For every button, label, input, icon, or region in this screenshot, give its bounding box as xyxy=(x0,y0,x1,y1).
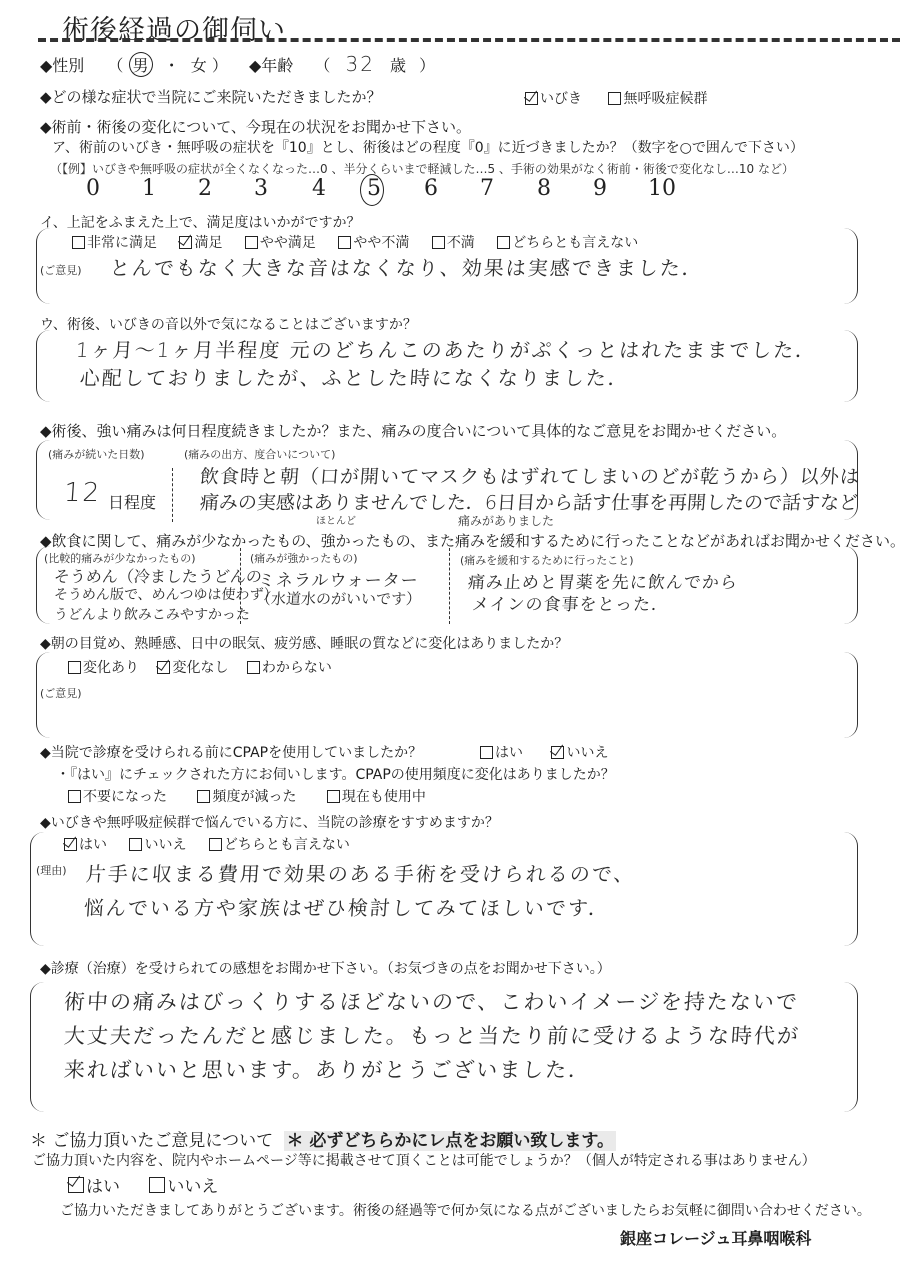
symptom-option-apnea[interactable]: 無呼吸症候群 xyxy=(608,88,707,108)
satisfaction-option-somewhat-dissatisfied[interactable]: やや不満 xyxy=(338,232,409,252)
consent-heading-1: ＊ ご協力頂いたご意見について xyxy=(30,1131,273,1151)
consent-heading: ＊ ご協力頂いたご意見について ＊ 必ずどちらかにレ点をお願い致します。 xyxy=(30,1126,616,1151)
other-concerns-answer-line-1[interactable]: 1ヶ月～1ヶ月半程度 元のどちんこのあたりがぷくっとはれたままでした． xyxy=(75,334,818,363)
sleep-opinion-label: (ご意見) xyxy=(40,685,82,701)
checkbox-icon[interactable] xyxy=(209,838,222,851)
checkbox-icon[interactable] xyxy=(72,236,85,249)
food-more-pain-line-2[interactable]: （水道水のがいいです） xyxy=(255,588,421,609)
recommend-question: ◆いびきや無呼吸症候群で悩んでいる方に、当院の診療をすすめますか？ xyxy=(40,812,499,832)
satisfaction-option-somewhat-satisfied[interactable]: やや満足 xyxy=(245,232,316,252)
recommend-options: はい いいえ どちらとも言えない xyxy=(64,834,372,855)
consent-option-yes[interactable]: はい xyxy=(68,1172,120,1197)
cpap-question: ◆当院で診療を受けられる前にCPAPを使用していましたか？ xyxy=(40,742,422,762)
selection-circle-icon xyxy=(360,174,384,206)
impressions-line-2[interactable]: 大丈夫だったんだと感じました。もっと当たり前に受けるような時代が xyxy=(63,1020,801,1050)
food-less-pain-line-3[interactable]: うどんより飲みこみやすかった xyxy=(53,604,250,624)
scale-4[interactable]: 4 xyxy=(312,176,326,201)
cpap-followup-option-reduced[interactable]: 頻度が減った xyxy=(197,786,296,806)
other-concerns-answer-line-2[interactable]: 心配しておりましたが、ふとした時になくなりました． xyxy=(79,362,631,391)
pain-days-unit: 日程度 xyxy=(108,490,156,513)
scale-6[interactable]: 6 xyxy=(424,176,438,201)
checkbox-icon[interactable] xyxy=(68,790,81,803)
cpap-options: はい いいえ xyxy=(480,742,630,763)
satisfaction-opinion-label: (ご意見) xyxy=(40,262,82,278)
checkbox-checked-icon[interactable] xyxy=(68,1177,84,1193)
checkbox-checked-icon[interactable] xyxy=(551,746,564,759)
symptoms-options: いびき 無呼吸症候群 xyxy=(525,88,729,109)
pain-detail-line-2[interactable]: 痛みの実感はありませんでした．6日目から話す仕事を再開したので話すなど xyxy=(199,488,859,515)
scale-0[interactable]: 0 xyxy=(86,176,100,201)
scale-8[interactable]: 8 xyxy=(537,176,551,201)
footer-thanks: ご協力いただきましてありがとうございます。術後の経過等で何か気になる点がございま… xyxy=(60,1200,871,1220)
sleep-option-changed[interactable]: 変化あり xyxy=(68,657,139,677)
checkbox-icon[interactable] xyxy=(247,661,260,674)
scale-1[interactable]: 1 xyxy=(142,176,156,201)
severity-scale: 0 1 2 3 4 5 6 7 8 9 10 xyxy=(0,176,900,208)
change-question-a: ア、術前のいびき・無呼吸の症状を『10』とし、術後はどの程度『0』に近づきました… xyxy=(52,137,804,157)
checkbox-icon[interactable] xyxy=(432,236,445,249)
checkbox-icon[interactable] xyxy=(480,746,493,759)
food-divider-1 xyxy=(240,548,241,624)
satisfaction-option-very-satisfied[interactable]: 非常に満足 xyxy=(72,232,157,252)
pain-detail-line-1[interactable]: 飲食時と朝（口が開いてマスクもはずれてしまいのどが乾うから）以外は xyxy=(199,462,861,489)
recommend-option-yes[interactable]: はい xyxy=(64,834,107,854)
cpap-followup-option-still-using[interactable]: 現在も使用中 xyxy=(327,786,426,806)
gender-label: ◆性別 xyxy=(40,56,84,75)
age-label: ◆年齢 xyxy=(249,56,293,75)
sleep-options: 変化あり 変化なし わからない xyxy=(68,657,354,678)
scale-10[interactable]: 10 xyxy=(648,176,676,201)
checkbox-icon[interactable] xyxy=(197,790,210,803)
impressions-line-3[interactable]: 来ればいいと思います。ありがとうございました． xyxy=(63,1054,592,1084)
consent-heading-2: ＊ 必ずどちらかにレ点をお願い致します。 xyxy=(284,1131,616,1151)
recommend-reason-label: (理由) xyxy=(36,862,67,878)
impressions-line-1[interactable]: 術中の痛みはびっくりするほどないので、こわいイメージを持たないで xyxy=(63,986,800,1016)
food-more-pain-label: (痛みが強かったもの) xyxy=(250,550,358,566)
checkbox-icon[interactable] xyxy=(245,236,258,249)
clinic-name: 銀座コレージュ耳鼻咽喉科 xyxy=(620,1226,811,1249)
pain-question: ◆術後、強い痛みは何日程度続きましたか？また、痛みの度合いについて具体的なご意見… xyxy=(40,420,786,441)
checkbox-icon[interactable] xyxy=(129,838,142,851)
sleep-option-no-change[interactable]: 変化なし xyxy=(157,657,228,677)
pain-annotation-2: 痛みがありました xyxy=(458,512,554,529)
food-relief-line-2[interactable]: メインの食事をとった． xyxy=(471,590,670,615)
satisfaction-opinion-text[interactable]: とんでもなく大きな音はなくなり、効果は実感できました． xyxy=(109,252,705,281)
pain-detail-label: (痛みの出方、度合いについて) xyxy=(184,446,335,462)
change-heading: ◆術前・術後の変化について、今現在の状況をお聞かせ下さい。 xyxy=(40,116,471,137)
pain-annotation-1: ほとんど xyxy=(316,512,356,527)
satisfaction-option-neutral[interactable]: どちらとも言えない xyxy=(497,232,638,252)
change-example: （【例】いびきや無呼吸の症状が全くなくなった…0 、半分くらいまで軽減した…5 … xyxy=(50,160,794,177)
checkbox-icon[interactable] xyxy=(68,661,81,674)
checkbox-icon[interactable] xyxy=(338,236,351,249)
cpap-followup-options: 不要になった 頻度が減った 現在も使用中 xyxy=(68,786,448,807)
pain-days-value[interactable]: 12 xyxy=(63,478,102,508)
sleep-question: ◆朝の目覚め、熟睡感、日中の眠気、疲労感、睡眠の質などに変化はありましたか？ xyxy=(40,633,568,653)
recommend-option-neutral[interactable]: どちらとも言えない xyxy=(209,834,350,854)
symptom-option-snoring[interactable]: いびき xyxy=(525,88,582,108)
age-value[interactable]: 32 xyxy=(345,52,374,76)
checkbox-icon[interactable] xyxy=(149,1177,165,1193)
checkbox-icon[interactable] xyxy=(608,92,621,105)
cpap-followup-option-unnecessary[interactable]: 不要になった xyxy=(68,786,167,806)
food-less-pain-line-2[interactable]: そうめん版で、めんつゆは使わず） xyxy=(53,584,278,604)
gender-option-female[interactable]: 女 xyxy=(191,56,207,75)
cpap-option-yes[interactable]: はい xyxy=(480,742,523,762)
checkbox-icon[interactable] xyxy=(327,790,340,803)
satisfaction-option-satisfied[interactable]: 満足 xyxy=(179,232,222,252)
checkbox-checked-icon[interactable] xyxy=(525,92,538,105)
cpap-option-no[interactable]: いいえ xyxy=(551,742,608,762)
sleep-option-unknown[interactable]: わからない xyxy=(247,657,332,677)
recommend-reason-line-2[interactable]: 悩んでいる方や家族はぜひ検討してみてほしいです． xyxy=(83,892,611,921)
consent-question: ご協力頂いた内容を、院内やホームページ等に掲載させて頂くことは可能でしょうか？（… xyxy=(32,1150,816,1170)
satisfaction-option-dissatisfied[interactable]: 不満 xyxy=(432,232,475,252)
pain-days-label: (痛みが続いた日数) xyxy=(48,446,145,462)
scale-7[interactable]: 7 xyxy=(480,176,494,201)
food-divider-2 xyxy=(449,548,450,624)
impressions-question: ◆診療（治療）を受けられての感想をお聞かせ下さい。（お気づきの点をお聞かせ下さい… xyxy=(40,958,611,978)
recommend-reason-line-1[interactable]: 片手に収まる費用で効果のある手術を受けられるので、 xyxy=(85,858,637,887)
scale-9[interactable]: 9 xyxy=(593,176,607,201)
checkbox-checked-icon[interactable] xyxy=(157,661,170,674)
cpap-followup-question: ・『はい』にチェックされた方にお伺いします。CPAPの使用頻度に変化はありました… xyxy=(56,764,615,784)
scale-2[interactable]: 2 xyxy=(198,176,212,201)
checkbox-checked-icon[interactable] xyxy=(64,838,77,851)
pain-divider xyxy=(172,468,173,522)
symptoms-question: ◆どの様な症状で当院にご来院いただきましたか？ xyxy=(40,86,382,107)
gender-option-male[interactable]: 男 xyxy=(129,52,153,77)
scale-3[interactable]: 3 xyxy=(254,176,268,201)
satisfaction-options: 非常に満足 満足 やや満足 やや不満 不満 どちらとも言えない xyxy=(72,232,660,253)
recommend-option-no[interactable]: いいえ xyxy=(129,834,186,854)
title-divider xyxy=(38,38,900,42)
checkbox-checked-icon[interactable] xyxy=(179,236,192,249)
consent-options: はい いいえ xyxy=(68,1172,240,1198)
food-relief-label: (痛みを緩和するために行ったこと) xyxy=(460,552,634,568)
gender-age-row: ◆性別 （ 男 ・ 女 ） ◆年齢 （ 32 歳 ） xyxy=(40,52,435,77)
consent-option-no[interactable]: いいえ xyxy=(149,1172,218,1197)
checkbox-icon[interactable] xyxy=(497,236,510,249)
